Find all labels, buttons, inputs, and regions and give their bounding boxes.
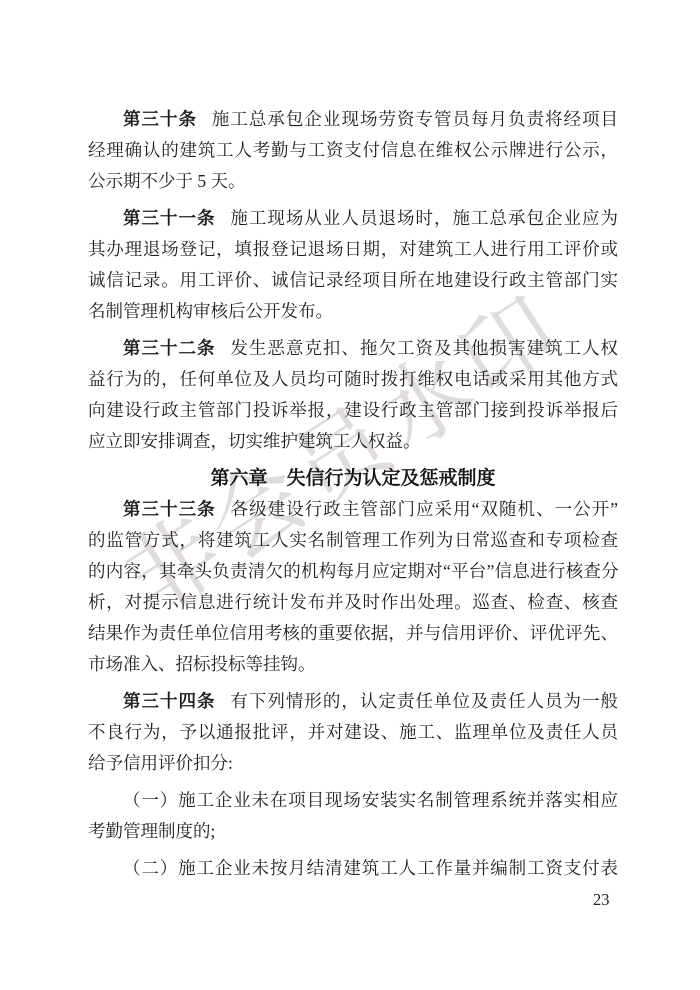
article-number: 第三十三条 [123,499,216,519]
article-text: 施工总承包企业现场劳资专管员每月负责将经项目 [212,109,618,129]
text-line: 第三十一条施工现场从业人员退场时，施工总承包企业应为 [88,203,618,234]
text-line: 经理确认的建筑工人考勤与工资支付信息在维权公示牌进行公示， [88,135,618,166]
text-line: 应立即安排调查，切实维护建筑工人权益。 [88,426,618,457]
text-line: 第三十二条发生恶意克扣、拖欠工资及其他损害建筑工人权 [88,333,618,364]
text-line: （一）施工企业未在项目现场安装实名制管理系统并落实相应 [88,785,618,816]
text-line: 的监管方式，将建筑工人实名制管理工作列为日常巡查和专项检查 [88,525,618,556]
document-page: 非会员水印 第三十条施工总承包企业现场劳资专管员每月负责将经项目经理确认的建筑工… [0,0,700,990]
text-line: 益行为的，任何单位及人员均可随时拨打维权电话或采用其他方式 [88,364,618,395]
text-line: 其办理退场登记，填报登记退场日期，对建筑工人进行用工评价或 [88,234,618,265]
article-text: 各级建设行政主管部门应采用“双随机、一公开” [231,499,618,519]
text-line: 给予信用评价扣分: [88,748,618,779]
page-number: 23 [593,890,610,910]
article-number: 第三十二条 [123,338,216,358]
text-line: 不良行为，予以通报批评，并对建设、施工、监理单位及责任人员 [88,717,618,748]
text-line: 名制管理机构审核后公开发布。 [88,296,618,327]
text-line: 的内容，其牵头负责清欠的机构每月应定期对“平台”信息进行核查分 [88,556,618,587]
text-line: 结果作为责任单位信用考核的重要依据，并与信用评价、评优评先、 [88,618,618,649]
text-line: 向建设行政主管部门投诉举报，建设行政主管部门接到投诉举报后 [88,395,618,426]
article-text: 有下列情形的，认定责任单位及责任人员为一般 [230,691,618,711]
text-line: 市场准入、招标投标等挂钩。 [88,649,618,680]
article-number: 第三十一条 [123,208,216,228]
chapter-heading: 第六章 失信行为认定及惩戒制度 [88,463,618,494]
text-line: 析，对提示信息进行统计发布并及时作出处理。巡查、检查、核查 [88,587,618,618]
text-line: （二）施工企业未按月结清建筑工人工作量并编制工资支付表 [88,853,618,884]
text-line: 第三十四条有下列情形的，认定责任单位及责任人员为一般 [88,686,618,717]
article-number: 第三十条 [123,109,197,129]
article-text: 施工现场从业人员退场时，施工总承包企业应为 [230,208,618,228]
text-line: 第三十条施工总承包企业现场劳资专管员每月负责将经项目 [88,104,618,135]
text-line: 诚信记录。用工评价、诚信记录经项目所在地建设行政主管部门实 [88,265,618,296]
document-body: 第三十条施工总承包企业现场劳资专管员每月负责将经项目经理确认的建筑工人考勤与工资… [88,104,618,884]
article-number: 第三十四条 [123,691,216,711]
text-line: 公示期不少于 5 天。 [88,166,618,197]
text-line: 考勤管理制度的; [88,816,618,847]
article-text: 发生恶意克扣、拖欠工资及其他损害建筑工人权 [230,338,618,358]
text-line: 第三十三条各级建设行政主管部门应采用“双随机、一公开” [88,494,618,525]
